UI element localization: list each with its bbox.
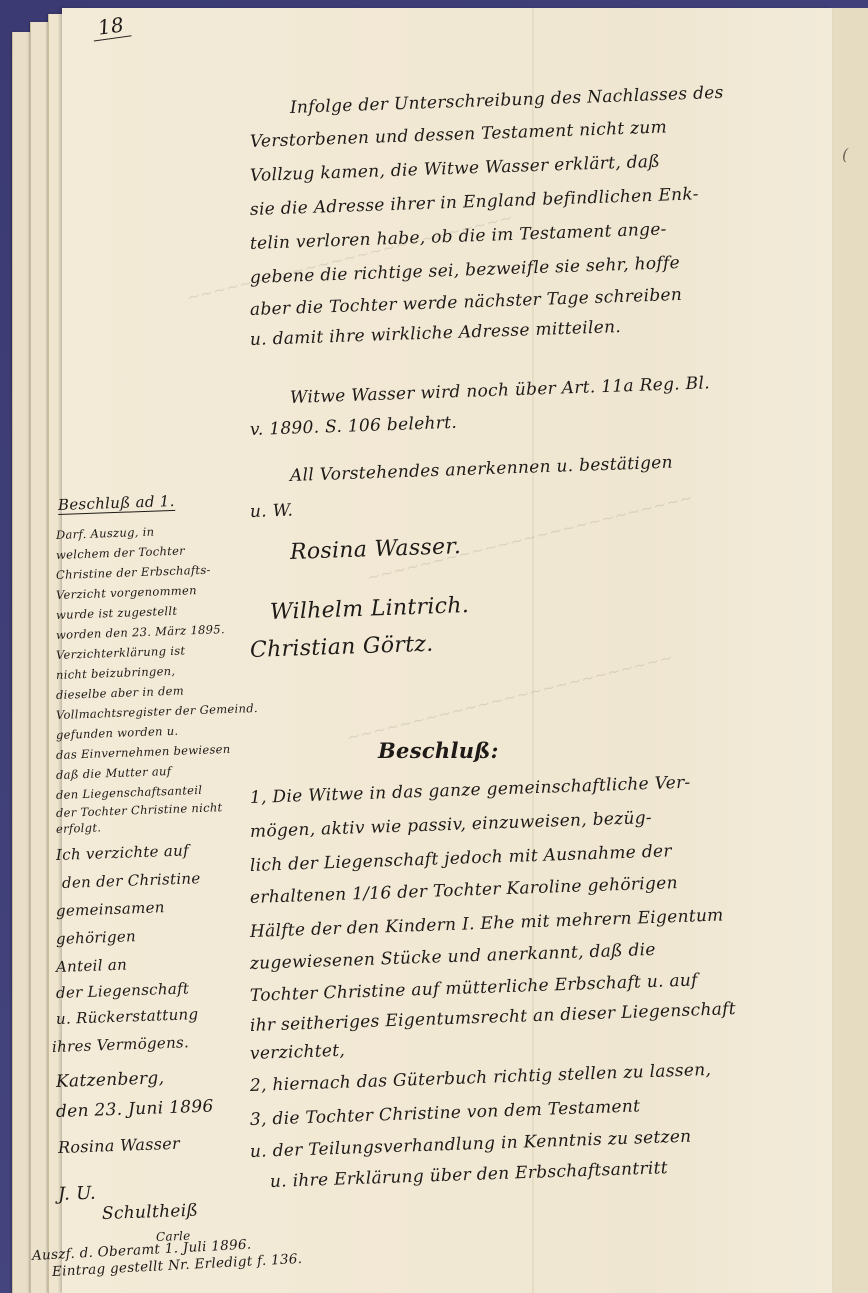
- margin-line: das Einvernehmen bewiesen: [56, 742, 231, 762]
- resolution-line: u. ihre Erklärung über den Erbschaftsant…: [270, 1158, 669, 1192]
- text-line: sie die Adresse ihrer in England befindl…: [250, 184, 699, 220]
- resolution-line: ihr seitheriges Eigentumsrecht an dieser…: [250, 999, 736, 1036]
- margin-heading: Beschluß ad 1.: [58, 492, 175, 515]
- margin-line: worden den 23. März 1895.: [56, 622, 225, 642]
- attest-signature: Rosina Wasser: [58, 1134, 181, 1157]
- text-line: Witwe Wasser wird noch über Art. 11a Reg…: [290, 373, 711, 408]
- margin-line: Christine der Erbschafts-: [56, 563, 211, 582]
- resolution-line: erhaltenen 1/16 der Tochter Karoline geh…: [250, 873, 678, 908]
- resolution-line: Tochter Christine auf mütterliche Erbsch…: [250, 970, 698, 1006]
- resolution-line: verzichtet,: [250, 1041, 346, 1064]
- text-line: v. 1890. S. 106 belehrt.: [250, 413, 458, 440]
- text-line: Vollzug kamen, die Witwe Wasser erklärt,…: [250, 152, 661, 186]
- margin-line: daß die Mutter auf: [56, 764, 172, 782]
- margin-line: wurde ist zugestellt: [56, 604, 178, 622]
- text-line: u. W.: [250, 500, 294, 521]
- text-line: All Vorstehendes anerkennen u. bestätige…: [290, 453, 674, 486]
- margin-place: Katzenberg,: [56, 1068, 165, 1092]
- text-line: aber die Tochter werde nächster Tage sch…: [250, 285, 683, 320]
- margin-line: der Liegenschaft: [56, 979, 190, 1002]
- document-page: ~~~~~~~~~~~~~~~~~~~~~~~~~ ~~~~~~~~~~~~~~…: [62, 8, 832, 1293]
- margin-line: Anteil an: [56, 956, 128, 976]
- margin-line: gehörigen: [56, 927, 137, 948]
- right-edge-mark: (: [842, 145, 849, 164]
- official-title: Schultheiß: [102, 1201, 199, 1224]
- text-line: u. damit ihre wirkliche Adresse mitteile…: [250, 317, 622, 350]
- resolution-line: u. der Teilungsverhandlung in Kenntnis z…: [250, 1127, 692, 1162]
- margin-line: dieselbe aber in dem: [56, 684, 184, 702]
- bleed-through-text: ~~~~~~~~~~~~~~~~~~~~~~~~~: [345, 648, 675, 748]
- resolution-line: mögen, aktiv wie passiv, einzuweisen, be…: [250, 808, 653, 842]
- signature-christian-goertz: Christian Görtz.: [250, 632, 434, 663]
- margin-line: Darf. Auszug, in: [56, 525, 155, 542]
- text-line: Verstorbenen und dessen Testament nicht …: [250, 117, 668, 152]
- resolution-line: zugewiesenen Stücke und anerkannt, daß d…: [250, 940, 656, 974]
- resolution-title: Beschluß:: [378, 738, 499, 763]
- margin-line: gefunden worden u.: [56, 724, 179, 742]
- margin-line: gemeinsamen: [56, 898, 165, 920]
- resolution-line: 1, Die Witwe in das ganze gemeinschaftli…: [250, 773, 691, 808]
- margin-line: Verzichterklärung ist: [56, 643, 186, 662]
- margin-line: ihres Vermögens.: [52, 1033, 190, 1056]
- text-line: Infolge der Unterschreibung des Nachlass…: [290, 83, 724, 118]
- page-number: 18: [90, 11, 131, 41]
- margin-line: den Liegenschaftsanteil: [56, 783, 203, 802]
- margin-line: Ich verzichte auf: [56, 841, 190, 864]
- attest-label: J. U.: [58, 1183, 97, 1205]
- margin-line: Vollmachtsregister der Gemeind.: [56, 701, 258, 722]
- margin-line: nicht beizubringen,: [56, 664, 176, 682]
- margin-line: der Tochter Christine nicht: [56, 800, 223, 820]
- signature-wilhelm-lintrich: Wilhelm Lintrich.: [270, 593, 470, 625]
- margin-date: den 23. Juni 1896: [56, 1097, 214, 1122]
- margin-line: Verzicht vorgenommen: [56, 583, 197, 602]
- margin-line: den der Christine: [62, 869, 201, 892]
- adjacent-sheet: [828, 8, 868, 1293]
- resolution-line: 2, hiernach das Güterbuch richtig stelle…: [250, 1060, 712, 1096]
- resolution-line: Hälfte der den Kindern I. Ehe mit mehrer…: [250, 905, 724, 942]
- margin-line: welchem der Tochter: [56, 544, 185, 562]
- resolution-line: 3, die Tochter Christine von dem Testame…: [250, 1096, 641, 1130]
- margin-line: erfolgt.: [56, 820, 102, 836]
- resolution-line: lich der Liegenschaft jedoch mit Ausnahm…: [250, 841, 672, 876]
- margin-line: u. Rückerstattung: [56, 1005, 199, 1028]
